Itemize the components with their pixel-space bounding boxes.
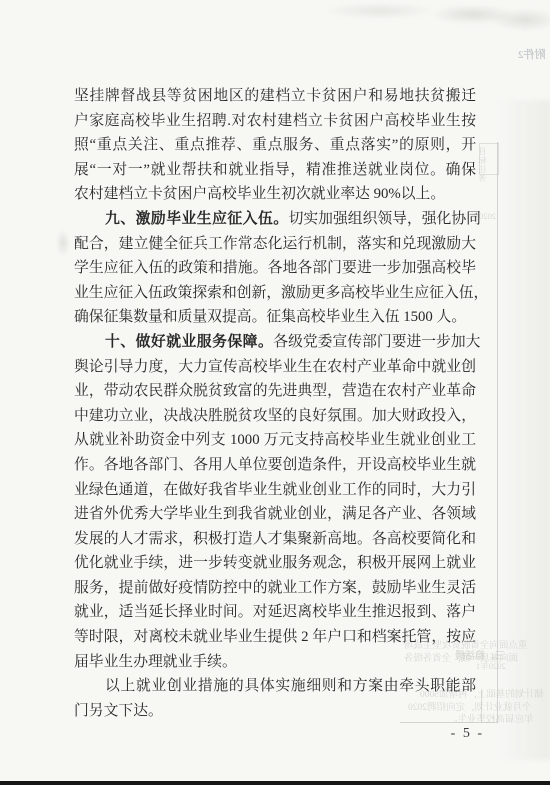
text-segment: 业，带动农民群众脱贫致富的先进典型，营造在农村产业革命 xyxy=(74,383,476,399)
text-line: 以上就业创业措施的具体实施细则和方案由牵头职能部 xyxy=(74,674,476,699)
text-segment: 户家庭高校毕业生招聘.对农村建档立卡贫困户高校毕业生按 xyxy=(74,113,476,129)
text-line: 展“一对一”就业帮扶和就业指导，精准推送就业岗位。确保 xyxy=(74,158,476,183)
scan-smudge-left xyxy=(56,230,70,256)
text-segment: 届毕业生办理就业手续。 xyxy=(74,654,237,670)
bleedthrough-text: 2020年1 xyxy=(476,660,506,672)
text-segment: 农村建档立卡贫困户高校毕业生初次就业率达 90%以上。 xyxy=(74,186,445,202)
text-line: 中建功立业，决战决胜脱贫攻坚的良好氛围。加大财政投入， xyxy=(74,404,476,429)
text-line: 学生应征入伍的政策和措施。各地各部门要进一步加强高校毕 xyxy=(74,256,476,281)
bleedthrough-vertical-line xyxy=(497,142,498,722)
text-segment: 就业，适当延长择业时间。对延迟离校毕业生推迟报到、落户 xyxy=(74,604,476,620)
text-segment: 配合，建立健全征兵工作常态化运行机制，落实和兑现激励大 xyxy=(74,236,476,252)
text-line: 服务，提前做好疫情防控中的就业工作方案，鼓励毕业生灵活 xyxy=(74,576,476,601)
text-segment: 业绿色通道，在做好我省毕业生就业创业工作的同时，大力引 xyxy=(74,482,476,498)
text-line: 优化就业手续，进一步转变就业服务观念，积极开展网上就业 xyxy=(74,551,476,576)
bleedthrough-vertical-line xyxy=(481,690,482,722)
text-segment: 从就业补助资金中列支 1000 万元支持高校毕业生就业创业工 xyxy=(74,432,476,448)
scan-noise-top xyxy=(240,0,550,36)
section-heading: 九、激励毕业生应征入伍。 xyxy=(105,211,289,227)
text-line: 届毕业生办理就业手续。 xyxy=(74,650,476,675)
text-line: 十、做好就业服务保障。各级党委宣传部门要进一步加大 xyxy=(74,330,476,355)
text-segment: 确保征集数量和质量双提高。征集高校毕业生入伍 1500 人。 xyxy=(74,309,466,325)
text-line: 业，带动农民群众脱贫致富的先进典型，营造在农村产业革命 xyxy=(74,379,476,404)
text-line: 进省外优秀大学毕业生到我省就业创业，满足各产业、各领域 xyxy=(74,502,476,527)
text-line: 九、激励毕业生应征入伍。切实加强组织领导，强化协同 xyxy=(74,207,476,232)
text-line: 舆论引导力度，大力宣传高校毕业生在农村产业革命中就业创 xyxy=(74,355,476,380)
text-line: 坚挂牌督战县等贫困地区的建档立卡贫困户和易地扶贫搬迁 xyxy=(74,84,476,109)
section-heading: 十、做好就业服务保障。 xyxy=(105,334,273,350)
text-line: 户家庭高校毕业生招聘.对农村建档立卡贫困户高校毕业生按 xyxy=(74,109,476,134)
text-segment: 等时限，对离校未就业毕业生提供 2 年户口和档案托管，按应 xyxy=(74,629,476,645)
page-number: - 5 - xyxy=(451,726,484,742)
text-line: 门另文下达。 xyxy=(74,699,476,724)
text-segment: 以上就业创业措施的具体实施细则和方案由牵头职能部 xyxy=(105,678,476,694)
text-line: 业生应征入伍政策探索和创新，激励更多高校毕业生应征入伍， xyxy=(74,281,476,306)
text-segment: 业生应征入伍政策探索和创新，激励更多高校毕业生应征入伍， xyxy=(74,285,488,301)
text-line: 配合，建立健全征兵工作常态化运行机制，落实和兑现激励大 xyxy=(74,232,476,257)
text-segment: 进省外优秀大学毕业生到我省就业创业，满足各产业、各领域 xyxy=(74,506,476,522)
text-segment: 照“重点关注、重点推荐、重点服务、重点落实”的原则，开 xyxy=(74,137,476,153)
bleedthrough-text: 目标任务 xyxy=(477,147,488,183)
text-line: 就业，适当延长择业时间。对延迟离校毕业生推迟报到、落户 xyxy=(74,600,476,625)
text-line: 确保征集数量和质量双提高。征集高校毕业生入伍 1500 人。 xyxy=(74,305,476,330)
text-segment: 门另文下达。 xyxy=(74,703,163,719)
text-segment: 切实加强组织领导，强化协同 xyxy=(289,211,481,227)
text-line: 从就业补助资金中列支 1000 万元支持高校毕业生就业创业工 xyxy=(74,428,476,453)
text-segment: 展“一对一”就业帮扶和就业指导，精准推送就业岗位。确保 xyxy=(74,162,476,178)
text-line: 作。各地各部门、各用人单位要创造条件，开设高校毕业生就 xyxy=(74,453,476,478)
scan-shading-right xyxy=(500,100,550,760)
text-segment: 优化就业手续，进一步转变就业服务观念，积极开展网上就业 xyxy=(74,555,476,571)
text-line: 等时限，对离校未就业毕业生提供 2 年户口和档案托管，按应 xyxy=(74,625,476,650)
text-segment: 作。各地各部门、各用人单位要创造条件，开设高校毕业生就 xyxy=(74,457,476,473)
text-segment: 学生应征入伍的政策和措施。各地各部门要进一步加强高校毕 xyxy=(74,260,476,276)
text-segment: 舆论引导力度，大力宣传高校毕业生在农村产业革命中就业创 xyxy=(74,359,476,375)
document-text: 坚挂牌督战县等贫困地区的建档立卡贫困户和易地扶贫搬迁户家庭高校毕业生招聘.对农村… xyxy=(74,84,476,723)
scan-bottom-edge xyxy=(0,781,550,785)
text-segment: 中建功立业，决战决胜脱贫攻坚的良好氛围。加大财政投入， xyxy=(74,408,476,424)
text-segment: 发展的人才需求，积极打造人才集聚新高地。各高校要简化和 xyxy=(74,531,476,547)
text-segment: 坚挂牌督战县等贫困地区的建档立卡贫困户和易地扶贫搬迁 xyxy=(74,88,476,104)
text-segment: 服务，提前做好疫情防控中的就业工作方案，鼓励毕业生灵活 xyxy=(74,580,476,596)
text-line: 照“重点关注、重点推荐、重点服务、重点落实”的原则，开 xyxy=(74,133,476,158)
text-line: 农村建档立卡贫困户高校毕业生初次就业率达 90%以上。 xyxy=(74,182,476,207)
bleedthrough-table-cell xyxy=(479,143,499,175)
bleedthrough-attachment-label: 附件2 xyxy=(518,46,546,62)
scanned-document-page: 附件2 目标任务 2020年12 重点面向全省脱贫攻坚主战场 面向基层一线，全省… xyxy=(0,0,550,785)
text-segment: 各级党委宣传部门要进一步加大 xyxy=(273,334,480,350)
text-line: 业绿色通道，在做好我省毕业生就业创业工作的同时，大力引 xyxy=(74,478,476,503)
text-line: 发展的人才需求，积极打造人才集聚新高地。各高校要简化和 xyxy=(74,527,476,552)
